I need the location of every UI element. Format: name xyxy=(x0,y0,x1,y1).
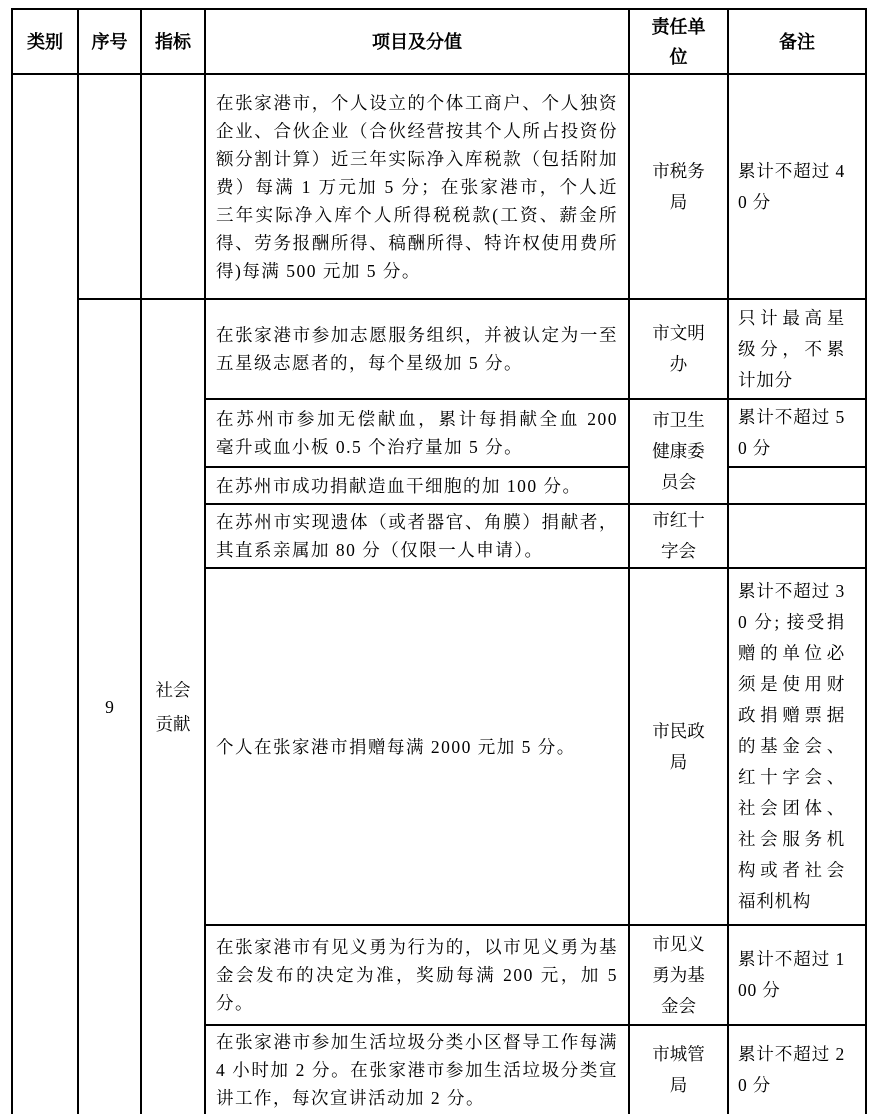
indicator-cell-empty xyxy=(141,74,205,299)
unit-cell: 市文明办 xyxy=(629,299,728,399)
category-cell xyxy=(12,74,78,1114)
unit-cell: 市民政局 xyxy=(629,568,728,925)
remark-cell: 只计最高星级分，不累计加分 xyxy=(728,299,866,399)
remark-cell xyxy=(728,504,866,568)
indicator-cell: 社会贡献 xyxy=(141,299,205,1114)
header-cell-remark: 备注 xyxy=(728,9,866,74)
remark-cell xyxy=(728,467,866,504)
project-cell: 在苏州市成功捐献造血干细胞的加 100 分。 xyxy=(205,467,629,504)
header-row: 类别 序号 指标 项目及分值 责任单位 备注 xyxy=(12,9,866,74)
unit-cell: 市城管局 xyxy=(629,1025,728,1114)
unit-cell: 市红十字会 xyxy=(629,504,728,568)
project-cell: 在张家港市，个人设立的个体工商户、个人独资企业、合伙企业（合伙经营按其个人所占投… xyxy=(205,74,629,299)
project-cell: 在苏州市参加无偿献血，累计每捐献全血 200 毫升或血小板 0.5 个治疗量加 … xyxy=(205,399,629,467)
serial-cell: 9 xyxy=(78,299,141,1114)
header-cell-category: 类别 xyxy=(12,9,78,74)
project-cell: 在苏州市实现遗体（或者器官、角膜）捐献者，其直系亲属加 80 分（仅限一人申请）… xyxy=(205,504,629,568)
document-page: 类别 序号 指标 项目及分值 责任单位 备注 在张家港市，个人设立的个体工商户、… xyxy=(0,0,874,1114)
table-row-tax: 在张家港市，个人设立的个体工商户、个人独资企业、合伙企业（合伙经营按其个人所占投… xyxy=(12,74,866,299)
unit-cell: 市税务局 xyxy=(629,74,728,299)
points-table: 类别 序号 指标 项目及分值 责任单位 备注 在张家港市，个人设立的个体工商户、… xyxy=(11,8,867,1114)
project-cell: 在张家港市参加生活垃圾分类小区督导工作每满 4 小时加 2 分。在张家港市参加生… xyxy=(205,1025,629,1114)
remark-cell: 累计不超过 30 分; 接受捐赠的单位必须是使用财政捐赠票据的基金会、红十字会、… xyxy=(728,568,866,925)
serial-cell-empty xyxy=(78,74,141,299)
table-row-volunteer: 9 社会贡献 在张家港市参加志愿服务组织，并被认定为一至五星级志愿者的，每个星级… xyxy=(12,299,866,399)
project-cell: 在张家港市有见义勇为行为的，以市见义勇为基金会发布的决定为准，奖励每满 200 … xyxy=(205,925,629,1025)
unit-cell: 市见义勇为基金会 xyxy=(629,925,728,1025)
unit-cell: 市卫生健康委员会 xyxy=(629,399,728,504)
header-cell-indicator: 指标 xyxy=(141,9,205,74)
remark-cell: 累计不超过 50 分 xyxy=(728,399,866,467)
project-cell: 在张家港市参加志愿服务组织，并被认定为一至五星级志愿者的，每个星级加 5 分。 xyxy=(205,299,629,399)
project-cell: 个人在张家港市捐赠每满 2000 元加 5 分。 xyxy=(205,568,629,925)
remark-cell: 累计不超过 100 分 xyxy=(728,925,866,1025)
header-cell-unit: 责任单位 xyxy=(629,9,728,74)
header-cell-serial: 序号 xyxy=(78,9,141,74)
header-cell-project: 项目及分值 xyxy=(205,9,629,74)
remark-cell: 累计不超过 40 分 xyxy=(728,74,866,299)
remark-cell: 累计不超过 20 分 xyxy=(728,1025,866,1114)
